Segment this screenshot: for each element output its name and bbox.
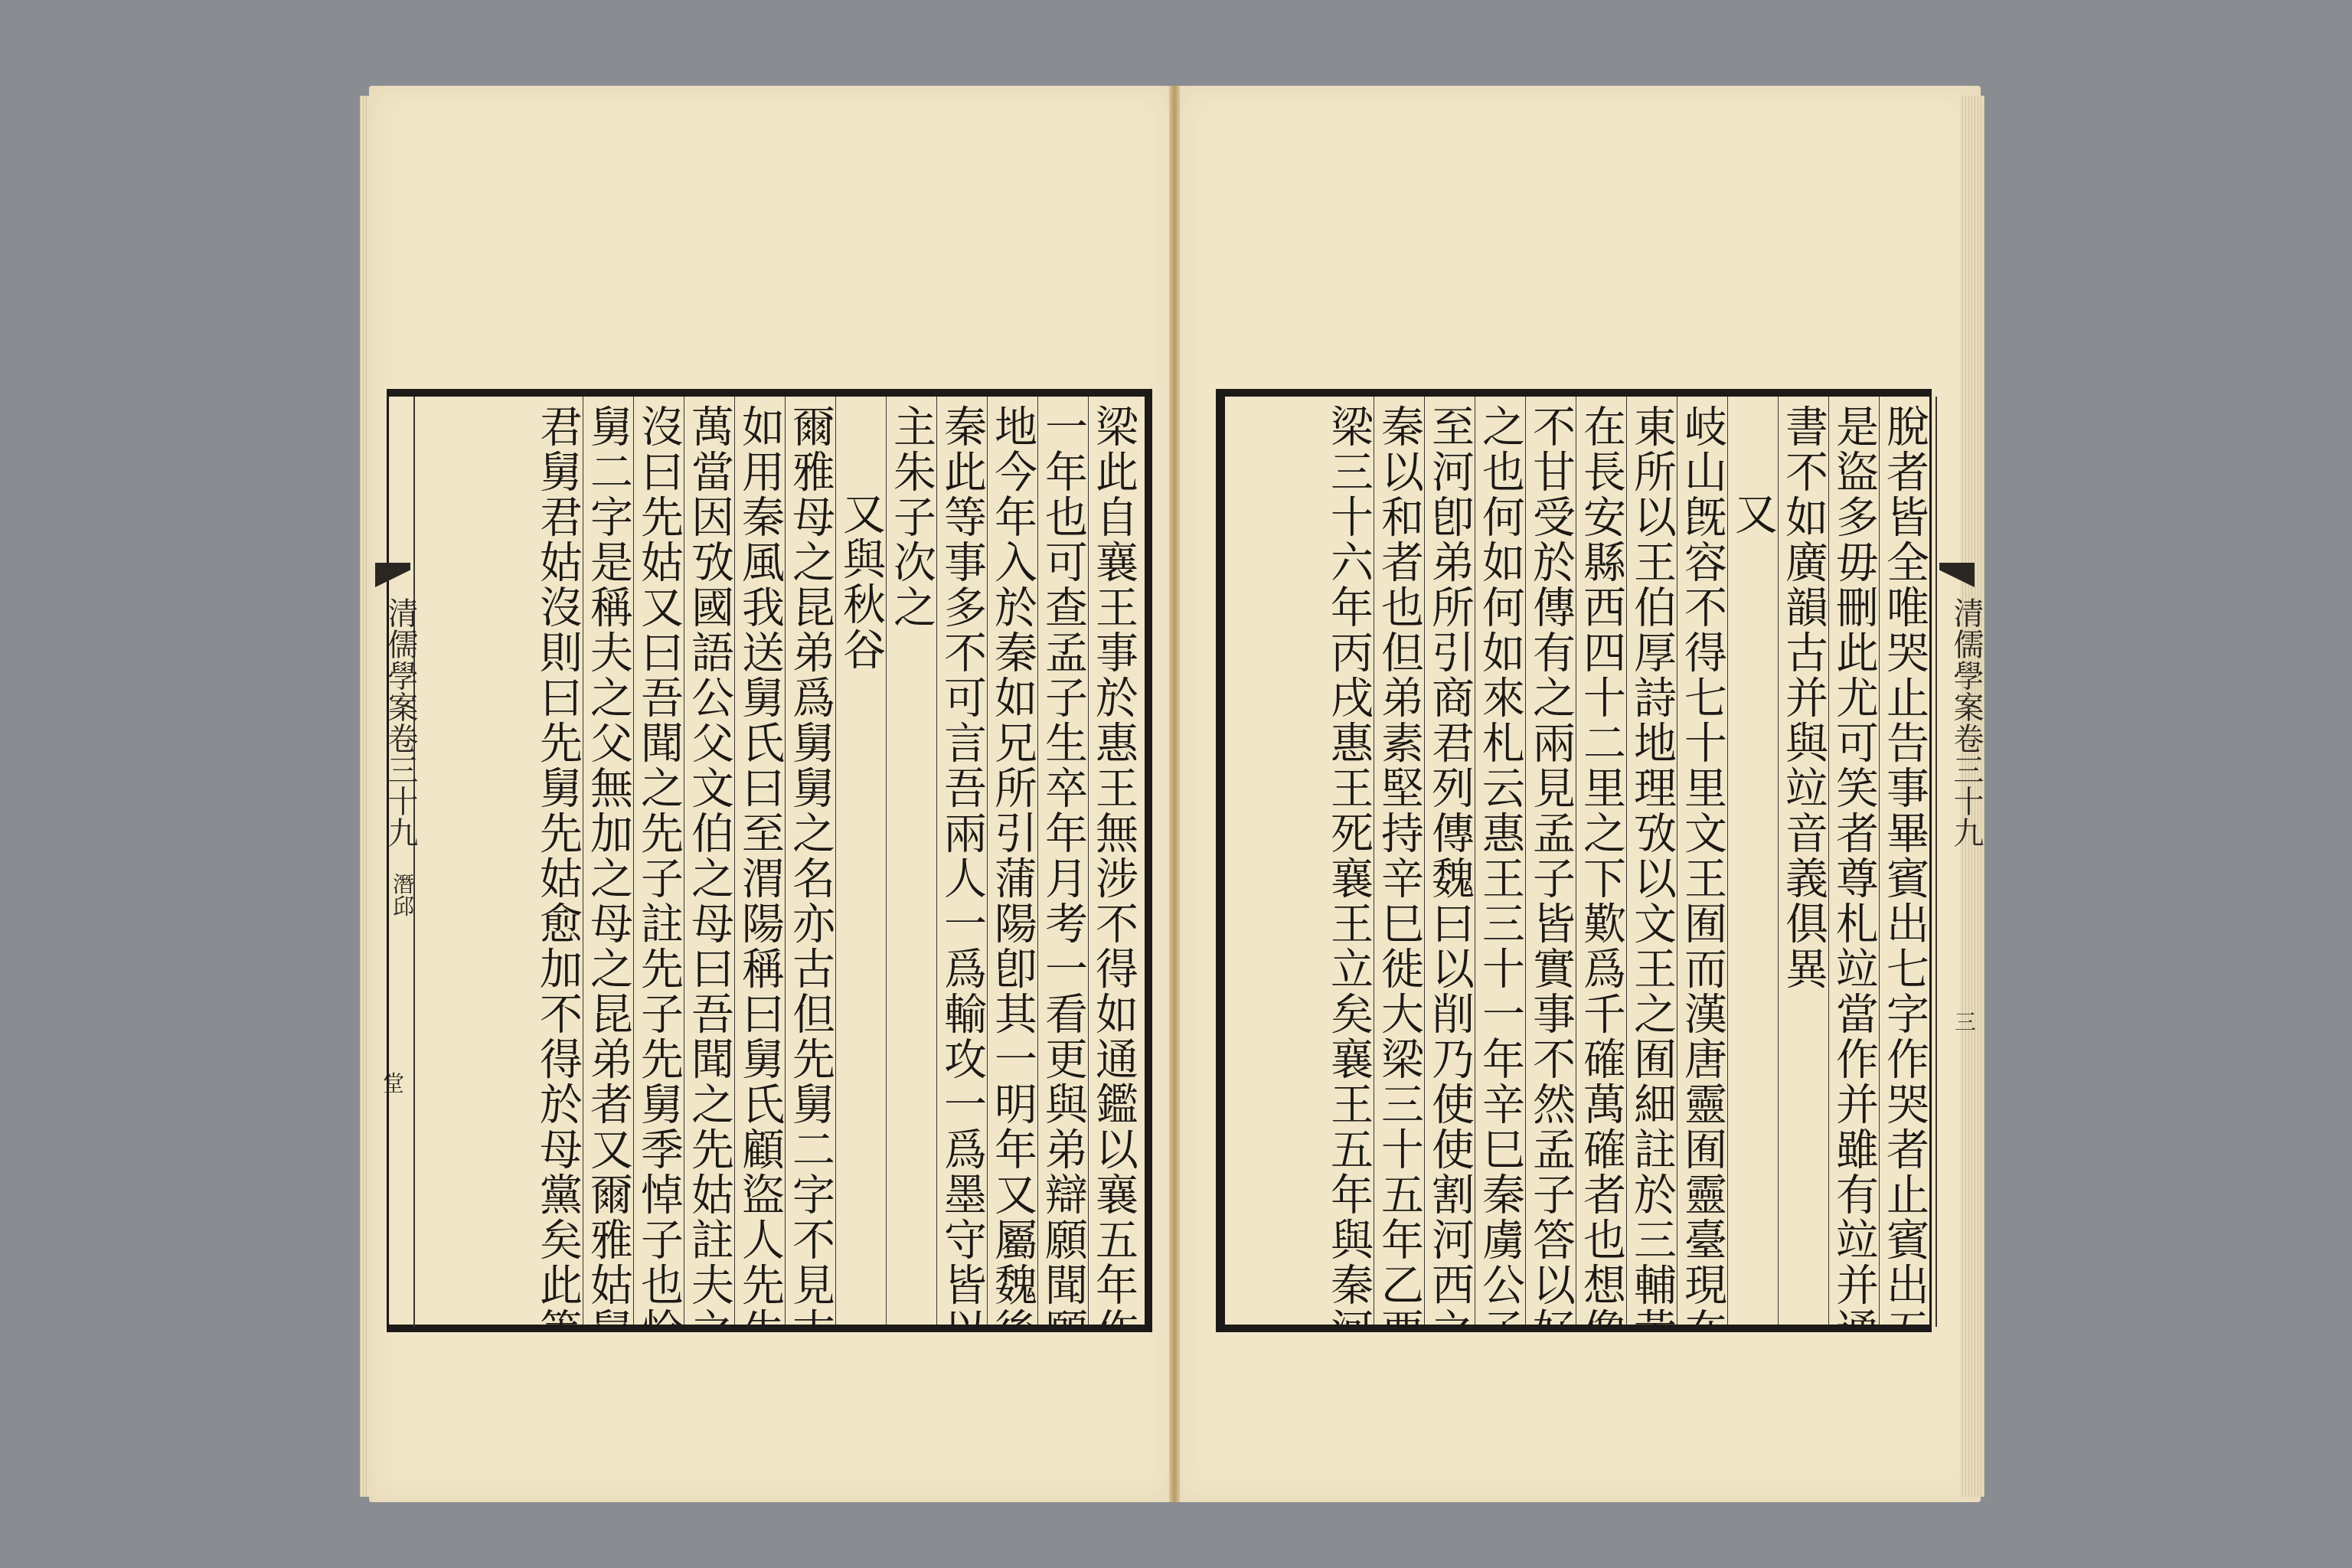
text-column: 書不如廣韻古并與竝音義俱異 [1778,397,1828,1325]
left-page-text-frame: 梁此自襄王事於惠王無涉不得如通鑑以襄五年作惠四十 一年也可查孟子生卒年月考一看更… [387,389,1152,1332]
text-column: 梁此自襄王事於惠王無涉不得如通鑑以襄五年作惠四十 [1088,397,1138,1325]
right-fold-title: 清儒學案卷三十九 [1945,597,1988,848]
text-column: 秦以和者也但弟素堅持辛巳徙大梁三十五年乙酉孟子至 [1374,397,1424,1325]
text-column: 岐山旣容不得七十里文王囿而漢唐靈囿靈臺現在今鄠縣 [1677,397,1727,1325]
left-fold-section: 潛邱 [387,873,417,917]
text-column: 在長安縣西四十二里之下歎爲千確萬確者也想像二字弟 [1576,397,1626,1325]
right-fold-page-number: 三 [1949,1011,1979,1033]
text-column: 如用秦風我送舅氏曰至渭陽稱曰舅氏顧盜人先生爲千確 [734,397,785,1325]
left-page-columns: 梁此自襄王事於惠王無涉不得如通鑑以襄五年作惠四十 一年也可查孟子生卒年月考一看更… [532,397,1138,1325]
text-column: 舅二字是稱夫之父無加之母之昆弟者又爾雅姑舅在則曰 [583,397,633,1325]
text-column: 是盜多毋刪此尤可笑者尊札竝當作并雖有竝并通用俗字 [1828,397,1879,1325]
text-column: 之也何如何如來札云惠王三十一年辛巳秦虜公子卬東地 [1475,397,1525,1325]
text-column: 一年也可查孟子生卒年月考一看更與弟辯願聞願聞至魏 [1037,397,1088,1325]
text-column: 至河卽弟所引商君列傳魏曰以削乃使使割河西之地獻於 [1424,397,1475,1325]
text-column: 東所以王伯厚詩地理攷以文王之囿細註於三輔黃圖靈囿 [1626,397,1677,1325]
right-page-text-frame: 脫者皆全唯哭止告事畢賓出七字作哭者止賓出五字亦不 是盜多毋刪此尤可笑者尊札竝當作… [1216,389,1932,1332]
text-column: 君舅君姑沒則曰先舅先姑愈加不得於母黨矣此等講貫實 [532,397,583,1325]
left-fold-line [413,397,415,1327]
text-column: 地今年入於秦如兄所引蒲陽卽其一明年又屬魏後年又屬 [987,397,1037,1325]
text-column: 爾雅母之昆弟爲舅舅之名亦古但先舅二字不見古人有不 [785,397,835,1325]
section-heading-column: 又 [1727,397,1778,1325]
text-column: 沒曰先姑又曰吾聞之先子註先子先舅季悼子也恰恰有先 [633,397,684,1325]
text-column: 主朱子次之 [886,397,936,1325]
right-page-columns: 脫者皆全唯哭止告事畢賓出七字作哭者止賓出五字亦不 是盜多毋刪此尤可笑者尊札竝當作… [1323,397,1929,1325]
text-column: 脫者皆全唯哭止告事畢賓出七字作哭者止賓出五字亦不 [1879,397,1929,1325]
left-fold-title: 清儒學案卷三十九 [379,597,423,848]
left-fold-bottom-mark: 堂 [377,1072,407,1094]
text-column: 秦此等事多不可言吾兩人一爲輸攻一爲墨守皆以孔孟爲 [936,397,987,1325]
book-spine-gutter [1169,86,1180,1502]
right-fold-line [1935,397,1937,1327]
text-column: 不甘受於傳有之兩見孟子皆實事不然孟子答以好事者爲 [1525,397,1576,1325]
text-column: 梁三十六年丙戌惠王死襄王立矣襄王五年與秦河西地少 [1323,397,1374,1325]
text-column: 萬當因攷國語公父文伯之母曰吾聞之先姑註夫之母曰姑 [684,397,734,1325]
section-heading-column: 又與秋谷 [835,397,886,1325]
